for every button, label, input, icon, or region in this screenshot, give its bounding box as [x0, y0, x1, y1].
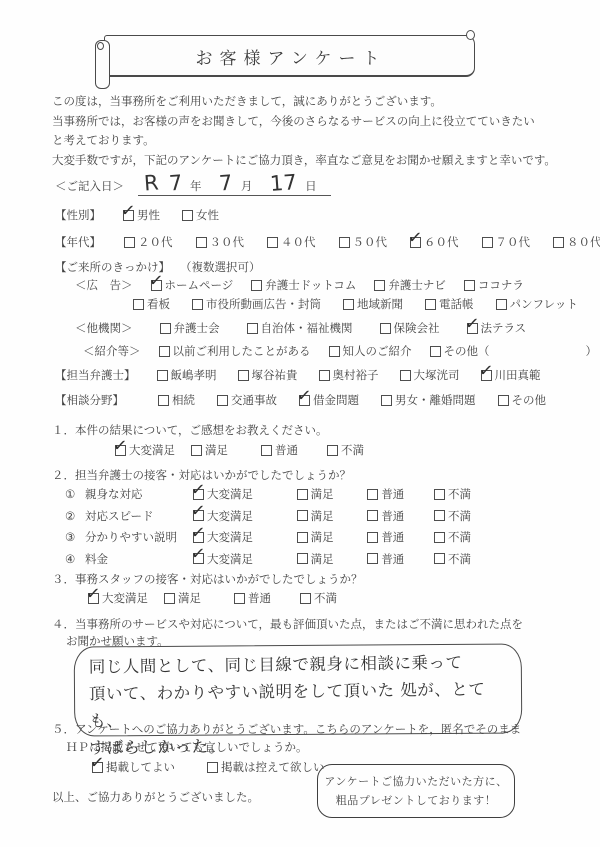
checkbox-unchecked-icon[interactable]	[319, 370, 330, 381]
item-label: 料金	[85, 551, 193, 567]
checkbox-unchecked-icon[interactable]	[400, 370, 411, 381]
option-label: 保険会社	[394, 320, 440, 336]
intro-line: と考えております。	[52, 131, 556, 151]
q2-rows: ① 親身な対応 大変満足 満足 普通 不満 ② 対応スピード 大変満足 満足 普…	[65, 486, 471, 572]
option-label: ８０代	[567, 234, 600, 250]
option-label: 満足	[311, 508, 334, 524]
q1-title: １．本件の結果について，ご感想をお教えください。	[52, 422, 328, 438]
survey-scan-page: お客様アンケート この度は，当事務所をご利用いただきまして，誠にありがとうござい…	[0, 0, 600, 847]
org-option[interactable]: 保険会社	[380, 320, 440, 336]
q2-row-options: 大変満足 満足 普通 不満	[193, 551, 471, 567]
option-label: 普通	[381, 508, 404, 524]
option-label: 不満	[448, 486, 471, 502]
option-label: 知人のご紹介	[343, 343, 412, 359]
option-label: 普通	[381, 551, 404, 567]
checkbox-unchecked-icon[interactable]	[191, 445, 202, 456]
checkbox-checked-icon[interactable]	[115, 445, 126, 456]
checkbox-checked-icon[interactable]	[88, 593, 99, 604]
option-label: 地域新聞	[357, 296, 403, 312]
option-label: 普通	[248, 590, 271, 606]
scroll-rod-curl-icon	[97, 42, 104, 50]
field-row: 【相談分野】 相続 交通事故 借金問題 男女・離婚問題 その他	[55, 392, 546, 408]
q2-option[interactable]: 大変満足	[193, 529, 293, 545]
checkbox-unchecked-icon[interactable]	[164, 593, 175, 604]
ad-option[interactable]: 弁護士ナビ	[374, 277, 446, 293]
checkbox-unchecked-icon[interactable]	[553, 237, 564, 248]
age-option[interactable]: ５０代	[339, 234, 388, 250]
q2-option[interactable]: 満足	[297, 486, 364, 502]
ad-option[interactable]: 弁護士ドットコム	[251, 277, 356, 293]
q1-option[interactable]: 大変満足	[115, 442, 191, 458]
month-handwritten[interactable]: 7	[219, 176, 233, 191]
day-handwritten[interactable]: 17	[270, 175, 298, 191]
age-option[interactable]: ８０代	[553, 234, 600, 250]
option-label: 満足	[178, 590, 201, 606]
checkbox-unchecked-icon[interactable]	[367, 553, 378, 564]
referral-option[interactable]: 以前ご利用したことがある	[159, 343, 311, 359]
checkbox-unchecked-icon[interactable]	[192, 299, 203, 310]
option-label: 普通	[381, 486, 404, 502]
checkbox-checked-icon[interactable]	[193, 510, 204, 521]
checkbox-unchecked-icon[interactable]	[234, 593, 245, 604]
option-label: 不満	[314, 590, 337, 606]
option-label: ホームページ	[165, 277, 234, 293]
checkbox-unchecked-icon[interactable]	[482, 237, 493, 248]
checkbox-checked-icon[interactable]	[193, 489, 204, 500]
ad-option[interactable]: 市役所動画広告・封筒	[192, 296, 321, 312]
checkbox-checked-icon[interactable]	[467, 323, 478, 334]
year-unit: 年	[190, 178, 202, 194]
option-label: 普通	[275, 442, 298, 458]
checkbox-unchecked-icon[interactable]	[158, 395, 169, 406]
item-number: ②	[65, 509, 85, 523]
option-label: 奥村裕子	[333, 367, 379, 383]
referral-option[interactable]: 知人のご紹介	[329, 343, 412, 359]
q2-row: ② 対応スピード 大変満足 満足 普通 不満	[65, 508, 471, 530]
field-option[interactable]: 交通事故	[217, 392, 277, 408]
checkbox-unchecked-icon[interactable]	[207, 762, 218, 773]
checkbox-unchecked-icon[interactable]	[367, 489, 378, 500]
field-option[interactable]: その他	[498, 392, 547, 408]
q2-option[interactable]: 不満	[434, 508, 471, 524]
option-label: 大塚洸司	[414, 367, 460, 383]
option-label: 掲載してよい	[106, 759, 175, 775]
item-number: ③	[65, 530, 85, 544]
checkbox-unchecked-icon[interactable]	[267, 237, 278, 248]
intro-line: 当事務所では，お客様の声をお聞きして，今後のさらなるサービスの向上に役立てていき…	[52, 112, 556, 132]
entry-date-label: ＜ご記入日＞	[55, 178, 124, 194]
q3-option[interactable]: 満足	[164, 590, 234, 606]
field-option[interactable]: 男女・離婚問題	[381, 392, 476, 408]
option-label: ココナラ	[478, 277, 524, 293]
ad-option[interactable]: 地域新聞	[343, 296, 403, 312]
option-label: 普通	[381, 529, 404, 545]
day-unit: 日	[305, 178, 317, 194]
option-label: 不満	[448, 529, 471, 545]
option-label: 満足	[311, 551, 334, 567]
checkbox-unchecked-icon[interactable]	[496, 299, 507, 310]
q2-row: ① 親身な対応 大変満足 満足 普通 不満	[65, 486, 471, 508]
trigger-org-row: ＜他機関＞ 弁護士会 自治体・福祉機関 保険会社 法テラス	[75, 320, 526, 336]
q1-option[interactable]: 不満	[327, 442, 364, 458]
lawyer-row: 【担当弁護士】 飯嶋孝明 塚谷祐貴 奥村裕子 大塚洸司 川田真範	[55, 367, 541, 383]
option-label: ５０代	[353, 234, 388, 250]
ad-option[interactable]: 電話帳	[425, 296, 474, 312]
q3-option[interactable]: 大変満足	[88, 590, 164, 606]
option-label: 不満	[448, 551, 471, 567]
lawyer-option[interactable]: 塚谷祐貴	[238, 367, 298, 383]
month-unit: 月	[241, 178, 253, 194]
option-label: 掲載は控えて欲しい	[221, 759, 325, 775]
option-label: ４０代	[281, 234, 316, 250]
q2-option[interactable]: 普通	[367, 486, 430, 502]
item-label: 対応スピード	[85, 508, 193, 524]
q1-option[interactable]: 満足	[191, 442, 261, 458]
field-option[interactable]: 借金問題	[299, 392, 359, 408]
checkbox-unchecked-icon[interactable]	[327, 445, 338, 456]
q4-title-line1: ４．当事務所のサービスや対応について，最も評価頂いた点，またはご不満に思われた点…	[52, 616, 523, 632]
q2-row-options: 大変満足 満足 普通 不満	[193, 486, 471, 502]
item-number: ④	[65, 552, 85, 566]
checkbox-unchecked-icon[interactable]	[297, 510, 308, 521]
q2-option[interactable]: 大変満足	[193, 508, 293, 524]
checkbox-unchecked-icon[interactable]	[182, 210, 193, 221]
trigger-note: （複数選択可）	[180, 259, 261, 275]
option-label: 弁護士ドットコム	[265, 277, 356, 293]
option-label: 女性	[196, 207, 219, 223]
lawyer-option[interactable]: 飯嶋孝明	[157, 367, 217, 383]
gift-notice-line: 粗品プレゼントしております！	[318, 791, 514, 810]
q2-option[interactable]: 満足	[297, 529, 364, 545]
referral-other-close-paren: ）	[586, 343, 598, 359]
q2-option[interactable]: 大変満足	[193, 551, 293, 567]
q2-row: ③ 分かりやすい説明 大変満足 満足 普通 不満	[65, 529, 471, 551]
option-label: パンフレット	[510, 296, 578, 312]
checkbox-unchecked-icon[interactable]	[261, 445, 272, 456]
option-label: その他	[512, 392, 547, 408]
q3-option[interactable]: 不満	[300, 590, 337, 606]
checkbox-checked-icon[interactable]	[92, 762, 103, 773]
age-option[interactable]: ３０代	[196, 234, 245, 250]
entry-date-row: ＜ご記入日＞ R 7 年 7 月 17 日	[55, 176, 331, 196]
option-label: ７０代	[496, 234, 531, 250]
checkbox-unchecked-icon[interactable]	[464, 280, 475, 291]
checkbox-unchecked-icon[interactable]	[297, 532, 308, 543]
age-option[interactable]: ２０代	[124, 234, 173, 250]
scroll-curl-icon	[466, 30, 475, 40]
age-option[interactable]: ４０代	[267, 234, 316, 250]
q5-title-line1: ５．アンケートへのご協力ありがとうございます。こちらのアンケートを，匿名でそのま…	[52, 721, 521, 737]
intro-line: 大変手数ですが，下記のアンケートにご協力頂き，率直なご意見をお聞かせ願えますと幸…	[52, 151, 556, 171]
option-label: 川田真範	[495, 367, 541, 383]
checkbox-unchecked-icon[interactable]	[238, 370, 249, 381]
gender-row: 【性別】 男性 女性	[55, 207, 219, 223]
checkbox-unchecked-icon[interactable]	[217, 395, 228, 406]
org-option[interactable]: 自治体・福祉機関	[247, 320, 353, 336]
q2-option[interactable]: 不満	[434, 529, 471, 545]
option-label: 満足	[205, 442, 228, 458]
item-label: 分かりやすい説明	[85, 529, 193, 545]
gender-option-female[interactable]: 女性	[182, 207, 219, 223]
q1-option[interactable]: 普通	[261, 442, 327, 458]
age-label: 【年代】	[55, 234, 101, 250]
q2-option[interactable]: 不満	[434, 486, 471, 502]
checkbox-unchecked-icon[interactable]	[434, 553, 445, 564]
intro-line: この度は，当事務所をご利用いただきまして，誠にありがとうございます。	[52, 92, 556, 112]
option-label: 満足	[311, 486, 334, 502]
lawyer-option[interactable]: 大塚洸司	[400, 367, 460, 383]
q3-option[interactable]: 普通	[234, 590, 300, 606]
checkbox-checked-icon[interactable]	[151, 280, 162, 291]
year-handwritten[interactable]: 7	[168, 176, 182, 191]
option-label: ２０代	[138, 234, 173, 250]
option-label: ３０代	[210, 234, 245, 250]
checkbox-unchecked-icon[interactable]	[430, 346, 441, 357]
q5-options: 掲載してよい 掲載は控えて欲しい	[92, 759, 325, 775]
org-label: ＜他機関＞	[75, 320, 133, 336]
field-label: 【相談分野】	[55, 392, 124, 408]
item-label: 親身な対応	[85, 486, 193, 502]
checkbox-unchecked-icon[interactable]	[133, 299, 144, 310]
q5-option-allow[interactable]: 掲載してよい	[92, 759, 175, 775]
age-option[interactable]: ７０代	[482, 234, 531, 250]
checkbox-unchecked-icon[interactable]	[329, 346, 340, 357]
option-label: 男女・離婚問題	[395, 392, 476, 408]
option-label: その他（	[444, 343, 490, 359]
checkbox-unchecked-icon[interactable]	[124, 237, 135, 248]
option-label: 以前ご利用したことがある	[173, 343, 311, 359]
lawyer-option[interactable]: 川田真範	[481, 367, 541, 383]
checkbox-unchecked-icon[interactable]	[425, 299, 436, 310]
era-handwritten[interactable]: R	[144, 176, 160, 191]
option-label: 大変満足	[207, 529, 253, 545]
checkbox-checked-icon[interactable]	[123, 210, 134, 221]
checkbox-unchecked-icon[interactable]	[297, 489, 308, 500]
q5-option-decline[interactable]: 掲載は控えて欲しい	[207, 759, 325, 775]
option-label: 電話帳	[439, 296, 474, 312]
option-label: 弁護士ナビ	[388, 277, 446, 293]
option-label: 不満	[341, 442, 364, 458]
scroll-rod-icon	[95, 40, 110, 89]
option-label: 飯嶋孝明	[171, 367, 217, 383]
ad-option[interactable]: パンフレット	[496, 296, 578, 312]
option-label: 市役所動画広告・封筒	[206, 296, 321, 312]
field-option[interactable]: 相続	[158, 392, 195, 408]
org-option[interactable]: 法テラス	[467, 320, 527, 336]
option-label: 大変満足	[207, 486, 253, 502]
checkbox-unchecked-icon[interactable]	[247, 323, 258, 334]
option-label: 法テラス	[481, 320, 527, 336]
page-title: お客様アンケート	[115, 44, 467, 69]
q2-row: ④ 料金 大変満足 満足 普通 不満	[65, 551, 471, 573]
checkbox-unchecked-icon[interactable]	[339, 237, 350, 248]
checkbox-checked-icon[interactable]	[193, 532, 204, 543]
checkbox-unchecked-icon[interactable]	[251, 280, 262, 291]
checkbox-unchecked-icon[interactable]	[297, 553, 308, 564]
checkbox-unchecked-icon[interactable]	[434, 510, 445, 521]
option-label: 満足	[311, 529, 334, 545]
age-option[interactable]: ６０代	[410, 234, 459, 250]
gender-option-male[interactable]: 男性	[123, 207, 160, 223]
q2-option[interactable]: 満足	[297, 508, 364, 524]
referral-option-other[interactable]: その他（	[430, 343, 490, 359]
checkbox-unchecked-icon[interactable]	[196, 237, 207, 248]
checkbox-unchecked-icon[interactable]	[381, 395, 392, 406]
ad-label: ＜広 告＞	[75, 277, 133, 293]
trigger-ad-row2: 看板 市役所動画広告・封筒 地域新聞 電話帳 パンフレット	[133, 296, 578, 312]
referral-label: ＜紹介等＞	[83, 343, 141, 359]
checkbox-checked-icon[interactable]	[193, 553, 204, 564]
closing-text: 以上、ご協力ありがとうございました。	[52, 789, 259, 805]
lawyer-option[interactable]: 奥村裕子	[319, 367, 379, 383]
checkbox-unchecked-icon[interactable]	[434, 489, 445, 500]
checkbox-unchecked-icon[interactable]	[374, 280, 385, 291]
trigger-referral-row: ＜紹介等＞ 以前ご利用したことがある 知人のご紹介 その他（ ）	[83, 343, 597, 359]
checkbox-unchecked-icon[interactable]	[343, 299, 354, 310]
q2-option[interactable]: 普通	[367, 508, 430, 524]
gift-notice-box: アンケートご協力いただいた方に、 粗品プレゼントしております！	[317, 764, 515, 818]
q1-options: 大変満足 満足 普通 不満	[115, 442, 364, 458]
age-row: 【年代】 ２０代 ３０代 ４０代 ５０代 ６０代 ７０代 ８０代	[55, 234, 600, 250]
gift-notice-line: アンケートご協力いただいた方に、	[318, 772, 514, 791]
option-label: ６０代	[424, 234, 459, 250]
checkbox-checked-icon[interactable]	[410, 237, 421, 248]
checkbox-unchecked-icon[interactable]	[434, 532, 445, 543]
option-label: 大変満足	[207, 551, 253, 567]
option-label: 塚谷祐貴	[252, 367, 298, 383]
intro-paragraph: この度は，当事務所をご利用いただきまして，誠にありがとうございます。 当事務所で…	[52, 92, 556, 170]
option-label: 不満	[448, 508, 471, 524]
entry-date-field[interactable]: R 7 年 7 月 17 日	[138, 176, 331, 196]
checkbox-unchecked-icon[interactable]	[367, 532, 378, 543]
q2-option[interactable]: 普通	[367, 529, 430, 545]
checkbox-unchecked-icon[interactable]	[157, 370, 168, 381]
q2-row-options: 大変満足 満足 普通 不満	[193, 508, 471, 524]
q2-option[interactable]: 不満	[434, 551, 471, 567]
q2-option[interactable]: 満足	[297, 551, 364, 567]
option-label: 自治体・福祉機関	[261, 320, 353, 336]
q2-option[interactable]: 大変満足	[193, 486, 293, 502]
option-label: 弁護士会	[174, 320, 220, 336]
org-option[interactable]: 弁護士会	[160, 320, 220, 336]
ad-option[interactable]: ホームページ	[151, 277, 234, 293]
option-label: 交通事故	[231, 392, 277, 408]
q2-row-options: 大変満足 満足 普通 不満	[193, 529, 471, 545]
trigger-ad-row1: ＜広 告＞ ホームページ 弁護士ドットコム 弁護士ナビ ココナラ	[75, 277, 524, 293]
scroll-banner: お客様アンケート	[95, 33, 475, 77]
checkbox-unchecked-icon[interactable]	[160, 323, 171, 334]
option-label: 大変満足	[129, 442, 175, 458]
item-number: ①	[65, 487, 85, 501]
option-label: 大変満足	[102, 590, 148, 606]
checkbox-unchecked-icon[interactable]	[159, 346, 170, 357]
option-label: 大変満足	[207, 508, 253, 524]
checkbox-unchecked-icon[interactable]	[300, 593, 311, 604]
option-label: 相続	[172, 392, 195, 408]
checkbox-unchecked-icon[interactable]	[380, 323, 391, 334]
q2-option[interactable]: 普通	[367, 551, 430, 567]
ad-option[interactable]: 看板	[133, 296, 170, 312]
option-label: 看板	[147, 296, 170, 312]
option-label: 借金問題	[313, 392, 359, 408]
q3-options: 大変満足 満足 普通 不満	[88, 590, 337, 606]
option-label: 男性	[137, 207, 160, 223]
checkbox-unchecked-icon[interactable]	[367, 510, 378, 521]
checkbox-checked-icon[interactable]	[481, 370, 492, 381]
ad-option[interactable]: ココナラ	[464, 277, 524, 293]
checkbox-unchecked-icon[interactable]	[498, 395, 509, 406]
gender-label: 【性別】	[55, 207, 101, 223]
lawyer-label: 【担当弁護士】	[55, 367, 136, 383]
checkbox-checked-icon[interactable]	[299, 395, 310, 406]
